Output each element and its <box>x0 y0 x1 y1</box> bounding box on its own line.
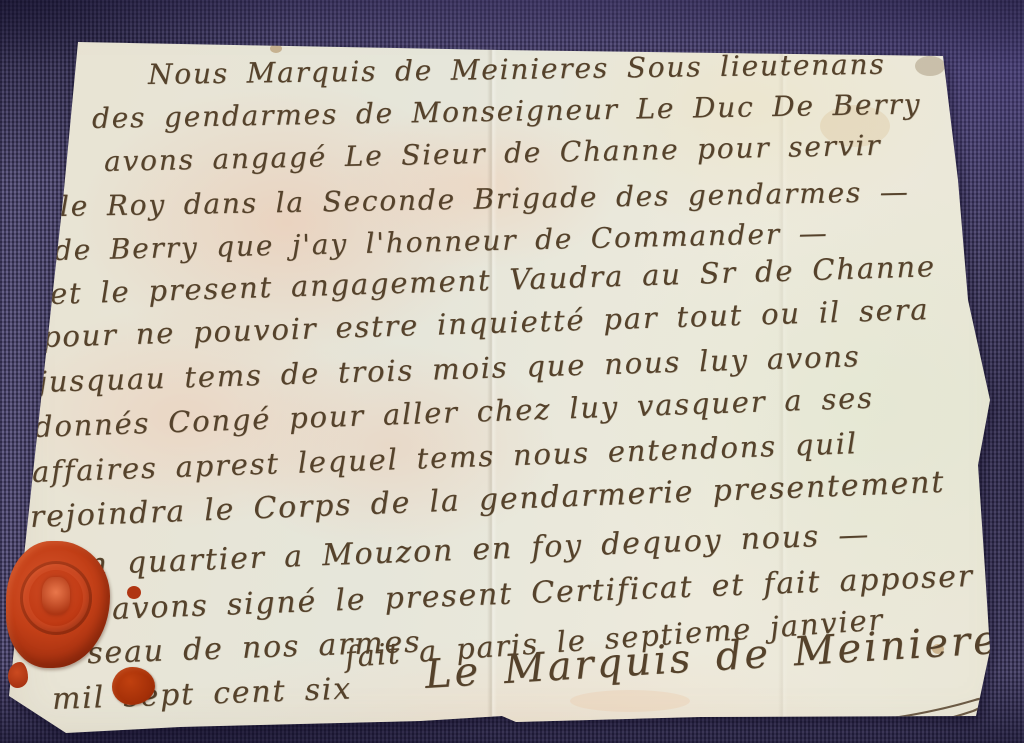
wax-seal-imprint <box>20 561 92 635</box>
wax-drip <box>8 662 28 688</box>
manuscript-line: des gendarmes de Monseigneur Le Duc De B… <box>92 88 922 135</box>
paper-stain <box>570 690 690 712</box>
manuscript-line: Nous Marquis de Meinieres Sous lieutenan… <box>148 48 886 91</box>
document-paper: Nous Marquis de Meinieres Sous lieutenan… <box>0 0 1024 743</box>
photo-of-manuscript: Nous Marquis de Meinieres Sous lieutenan… <box>0 0 1024 743</box>
wax-speck <box>127 586 141 599</box>
signature-flourish <box>735 685 1005 743</box>
paper-stain <box>270 44 282 53</box>
wax-seal-crest <box>42 577 70 615</box>
paper-stain <box>915 56 945 76</box>
manuscript-line: mil sept cent six <box>51 672 352 717</box>
paper-wrapper: Nous Marquis de Meinieres Sous lieutenan… <box>0 0 1024 743</box>
